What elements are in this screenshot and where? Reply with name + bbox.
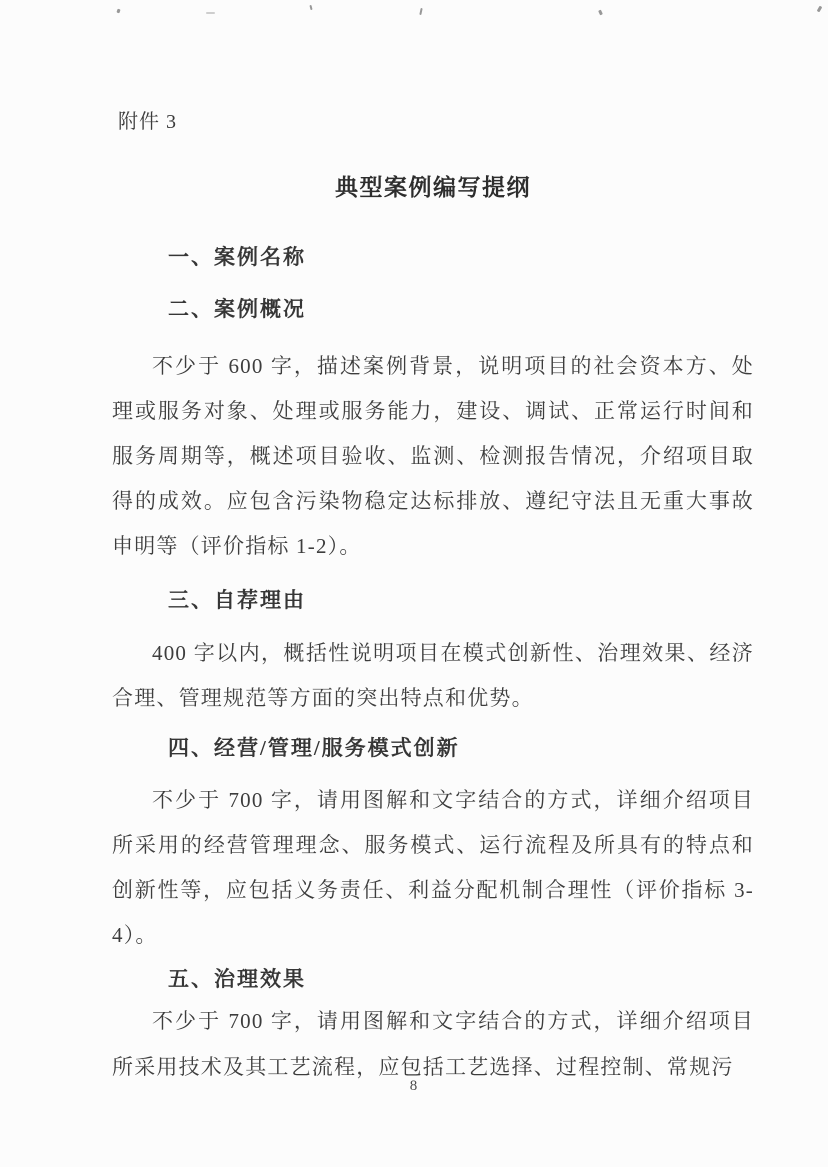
section-paragraph-self-recommendation: 400 字以内，概括性说明项目在模式创新性、治理效果、经济合理、管理规范等方面的… (112, 631, 754, 721)
attachment-label: 附件 3 (118, 108, 754, 136)
document-page: 附件 3 典型案例编写提纲 一、案例名称 二、案例概况 不少于 600 字，描述… (0, 0, 828, 1167)
scan-speck (598, 10, 603, 16)
document-title: 典型案例编写提纲 (112, 172, 754, 204)
section-paragraph-treatment-effect: 不少于 700 字，请用图解和文字结合的方式，详细介绍项目所采用技术及其工艺流程… (112, 998, 754, 1090)
section-heading-self-recommendation: 三、自荐理由 (168, 585, 754, 615)
section-heading-case-name: 一、案例名称 (168, 242, 754, 272)
page-number: 8 (0, 1078, 828, 1095)
scan-speck (817, 6, 823, 13)
scan-speck (419, 8, 422, 15)
section-paragraph-model-innovation: 不少于 700 字，请用图解和文字结合的方式，详细介绍项目所采用的经营管理理念、… (112, 778, 754, 958)
section-heading-treatment-effect: 五、治理效果 (168, 964, 754, 994)
scan-speck (116, 9, 120, 14)
scan-speck (309, 5, 312, 10)
scan-speck (206, 12, 215, 14)
section-paragraph-case-overview: 不少于 600 字，描述案例背景，说明项目的社会资本方、处理或服务对象、处理或服… (112, 344, 754, 569)
section-heading-case-overview: 二、案例概况 (168, 294, 754, 324)
section-heading-model-innovation: 四、经营/管理/服务模式创新 (168, 733, 754, 763)
